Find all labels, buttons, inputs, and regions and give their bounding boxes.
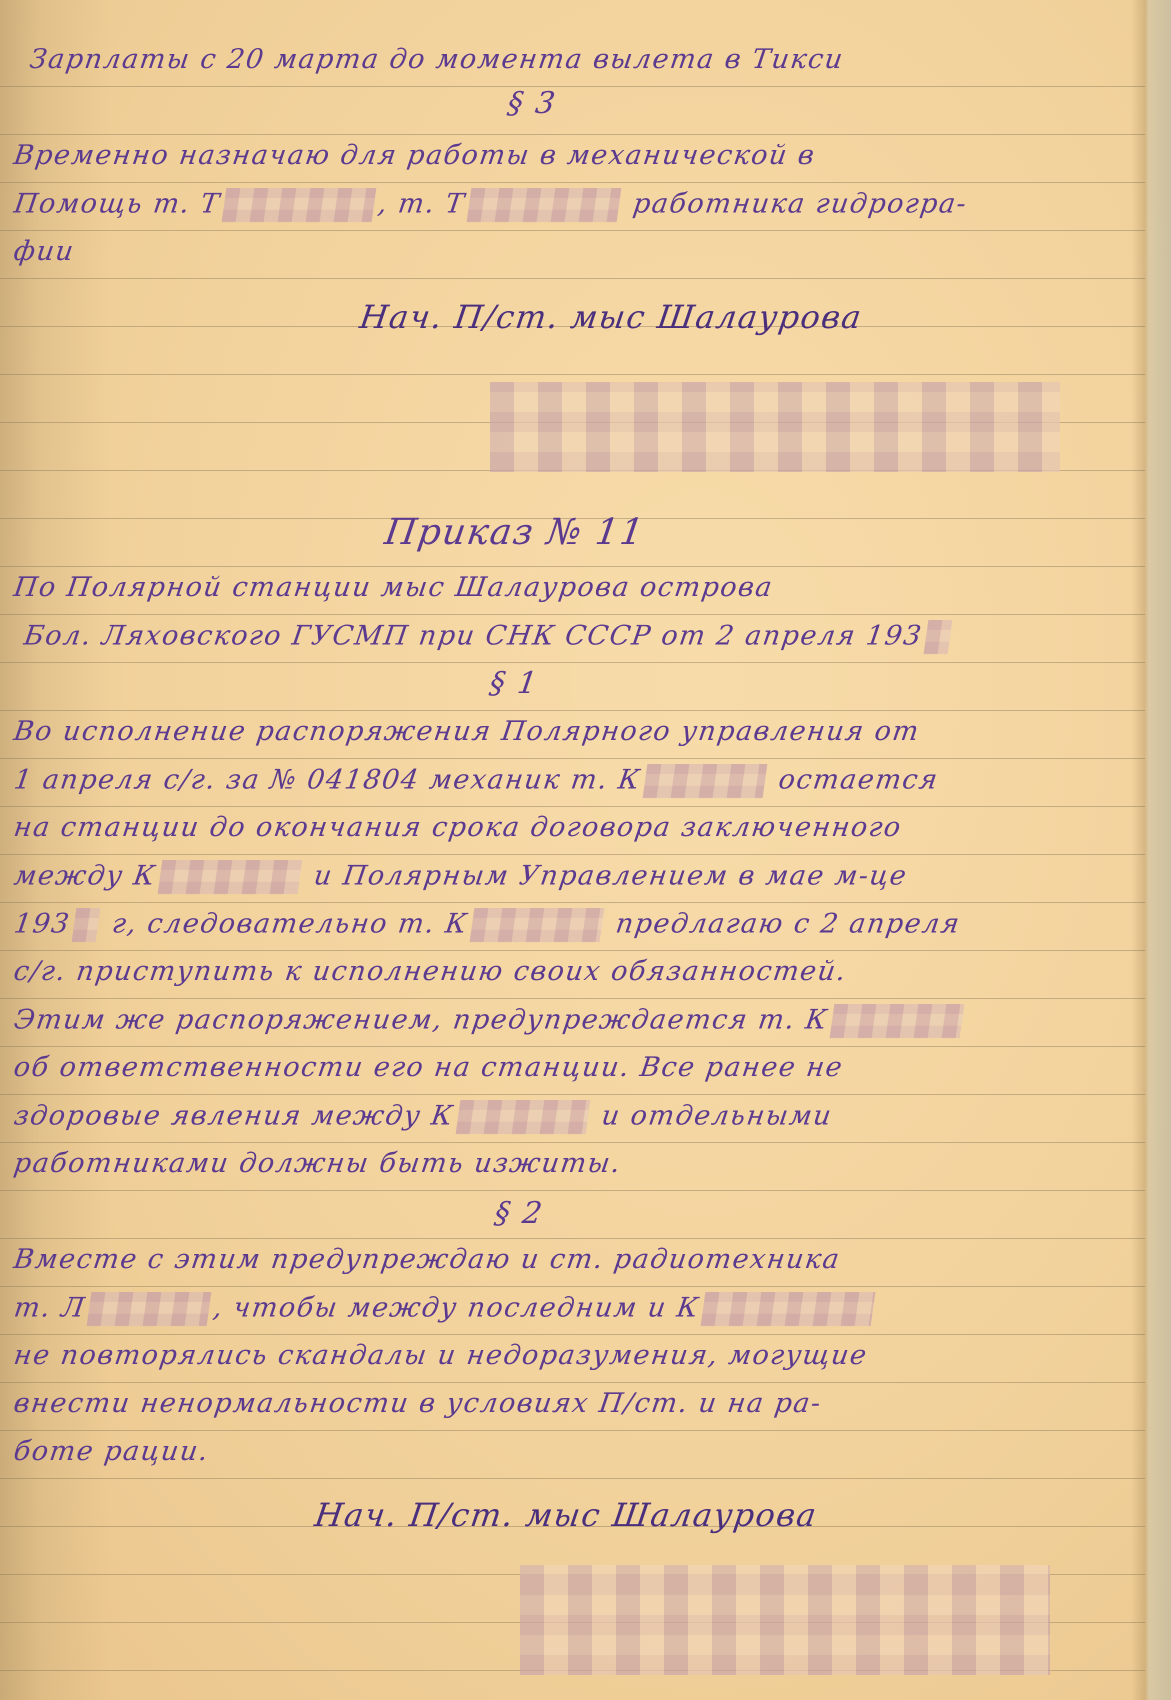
redacted-year-digit [72, 908, 101, 942]
redacted-name [222, 188, 377, 222]
redacted-name [829, 1004, 964, 1038]
section-1-heading: § 1 [488, 666, 541, 701]
section-2-heading: § 2 [493, 1196, 546, 1231]
redacted-signature-top [490, 382, 1060, 472]
redacted-signature-bottom [520, 1565, 1050, 1675]
order-title: Приказ № 11 [382, 512, 647, 553]
section-1-line-10: работниками должны быть изжиты. [12, 1148, 624, 1179]
document-page: Зарплаты с 20 марта до момента вылета в … [0, 0, 1171, 1700]
redacted-name [467, 188, 622, 222]
redacted-name [701, 1292, 876, 1326]
section-3-heading: § 3 [506, 86, 559, 121]
signature-title-bottom: Нач. П/ст. мыс Шалаурова [312, 1496, 820, 1534]
text-fragment: Помощь т. Т [12, 189, 222, 220]
signature-title-top: Нач. П/ст. мыс Шалаурова [357, 298, 865, 336]
section-1-line-6: с/г. приступить к исполнению своих обяза… [12, 956, 849, 987]
section-3-line-1: Временно назначаю для работы в механичес… [12, 140, 818, 171]
redacted-name [455, 1100, 590, 1134]
redacted-name [157, 860, 302, 894]
section-1-line-5: 193 г, следовательно т. К предлагаю с 2 … [12, 908, 963, 942]
section-1-line-4: между К и Полярным Управлением в мае м-ц… [12, 860, 910, 894]
redacted-year-digit [924, 620, 953, 654]
carryover-line: Зарплаты с 20 марта до момента вылета в … [28, 44, 846, 75]
section-3-line-3: фии [12, 236, 77, 267]
section-2-line-1: Вместе с этим предупреждаю и ст. радиоте… [12, 1244, 843, 1275]
section-1-line-1: Во исполнение распоряжения Полярного упр… [12, 716, 922, 747]
order-header-line-1: По Полярной станции мыс Шалаурова остров… [12, 572, 775, 603]
section-1-line-2: 1 апреля с/г. за № 041804 механик т. К о… [12, 764, 941, 798]
redacted-name [642, 764, 767, 798]
section-1-line-3: на станции до окончания срока договора з… [12, 812, 904, 843]
section-1-line-7: Этим же распоряжением, предупреждается т… [12, 1004, 969, 1038]
redacted-name [87, 1292, 212, 1326]
order-header-line-2: Бол. Ляховского ГУСМП при СНК СССР от 2 … [22, 620, 957, 654]
section-2-line-4: внести ненормальности в условиях П/ст. и… [12, 1388, 824, 1419]
section-1-line-9: здоровые явления между К и отдельными [12, 1100, 835, 1134]
redacted-name [469, 908, 604, 942]
section-1-line-8: об ответственности его на станции. Все р… [12, 1052, 846, 1083]
section-2-line-3: не повторялись скандалы и недоразумения,… [12, 1340, 870, 1371]
section-2-line-5: боте рации. [12, 1436, 211, 1467]
section-2-line-2: т. Л, чтобы между последним и К [12, 1292, 880, 1326]
section-3-line-2: Помощь т. Т, т. Т работника гидрогра- [12, 188, 970, 222]
